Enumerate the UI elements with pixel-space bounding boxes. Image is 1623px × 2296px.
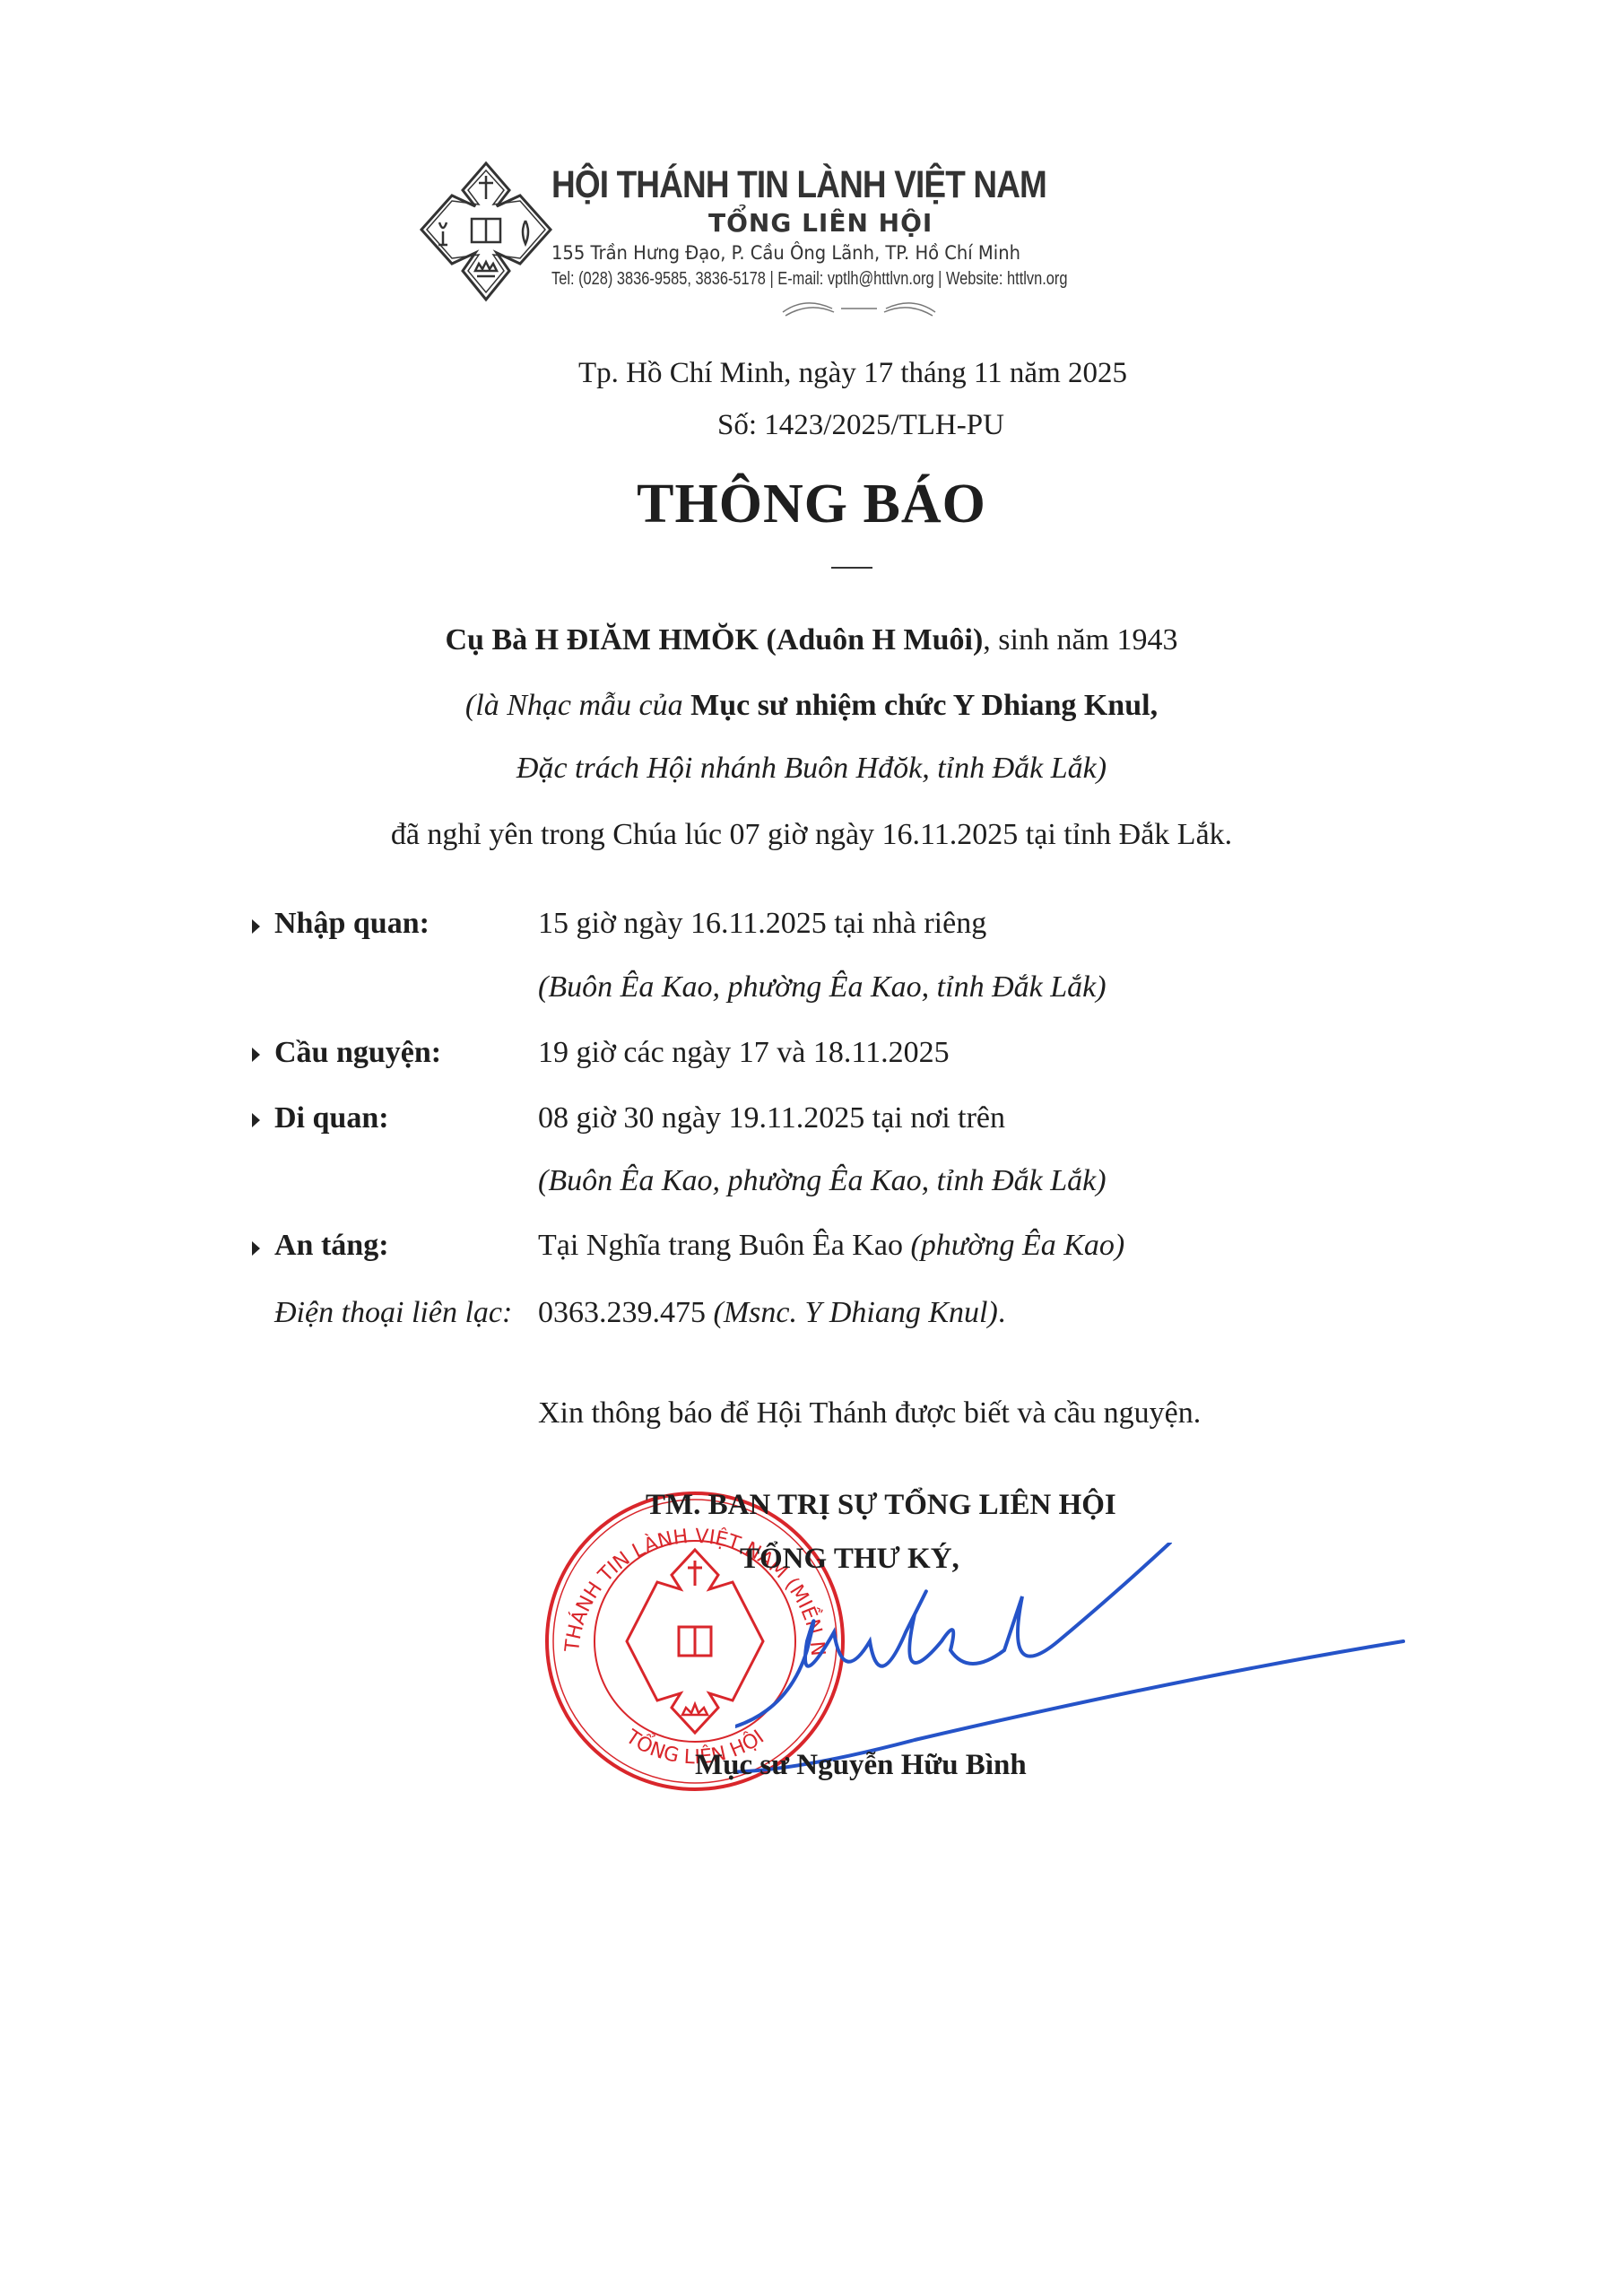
- contact-value: 0363.239.475 (Msnc. Y Dhiang Knul).: [538, 1296, 1005, 1330]
- schedule-label: An táng:: [274, 1229, 389, 1263]
- schedule-label: Cầu nguyện:: [274, 1036, 441, 1070]
- schedule-note: (Buôn Êa Kao, phường Êa Kao, tỉnh Đắk Lắ…: [538, 1164, 1107, 1198]
- title-divider: [831, 567, 872, 569]
- schedule-value: 08 giờ 30 ngày 19.11.2025 tại nơi trên: [538, 1101, 1005, 1135]
- passing-line: đã nghỉ yên trong Chúa lúc 07 giờ ngày 1…: [0, 818, 1623, 852]
- relation-line: (là Nhạc mẫu của Mục sư nhiệm chức Y Dhi…: [0, 689, 1623, 723]
- schedule-note: (Buôn Êa Kao, phường Êa Kao, tỉnh Đắk Lắ…: [538, 970, 1107, 1004]
- contact-label: Điện thoại liên lạc:: [274, 1296, 512, 1330]
- schedule-value: 19 giờ các ngày 17 và 18.11.2025: [538, 1036, 950, 1070]
- bullet-icon: [252, 919, 260, 934]
- schedule-label: Nhập quan:: [274, 907, 430, 941]
- signer-name: Mục sư Nguyễn Hữu Bình: [695, 1749, 1027, 1782]
- organization-contact: Tel: (028) 3836-9585, 3836-5178 | E-mail…: [551, 269, 1067, 290]
- contact-person: (Msnc. Y Dhiang Knul): [714, 1296, 998, 1329]
- relation-line-2: Đặc trách Hội nhánh Buôn Hđŏk, tỉnh Đắk …: [0, 752, 1623, 786]
- schedule-label-text: An táng:: [274, 1229, 389, 1262]
- organization-name: HỘI THÁNH TIN LÀNH VIỆT NAM: [551, 163, 1046, 207]
- ornament-divider-icon: [778, 296, 940, 319]
- organization-subtitle: TỔNG LIÊN HỘI: [708, 208, 933, 238]
- birth-year: , sinh năm 1943: [983, 623, 1177, 657]
- deceased-line: Cụ Bà H ĐIĂM HMŎK (Aduôn H Muôi), sinh n…: [0, 623, 1623, 657]
- relation-pastor: Mục sư nhiệm chức Y Dhiang Knul,: [690, 689, 1158, 722]
- contact-end: .: [998, 1296, 1006, 1329]
- contact-phone: 0363.239.475: [538, 1296, 714, 1329]
- reference-number: Số: 1423/2025/TLH-PU: [717, 409, 1004, 442]
- bullet-icon: [252, 1241, 260, 1256]
- organization-address: 155 Trần Hưng Đạo, P. Cầu Ông Lãnh, TP. …: [551, 242, 1020, 264]
- closing-text: Xin thông báo để Hội Thánh được biết và …: [538, 1396, 1201, 1431]
- schedule-value: 15 giờ ngày 16.11.2025 tại nhà riêng: [538, 907, 986, 941]
- schedule-value-text: Tại Nghĩa trang Buôn Êa Kao: [538, 1229, 910, 1262]
- schedule-label: Di quan:: [274, 1101, 389, 1135]
- relation-prefix: (là Nhạc mẫu của: [465, 689, 690, 722]
- bullet-icon: [252, 1113, 260, 1127]
- relation-church: Đặc trách Hội nhánh Buôn Hđŏk, tỉnh Đắk …: [516, 752, 1107, 785]
- bullet-icon: [252, 1048, 260, 1062]
- church-emblem-logo: [414, 160, 558, 303]
- signature-org: TM. BAN TRỊ SỰ TỔNG LIÊN HỘI: [646, 1489, 1116, 1522]
- schedule-value-italic: (phường Êa Kao): [910, 1229, 1124, 1262]
- deceased-name: Cụ Bà H ĐIĂM HMŎK (Aduôn H Muôi): [446, 623, 984, 657]
- handwritten-signature-icon: [735, 1543, 1426, 1776]
- dateline: Tp. Hồ Chí Minh, ngày 17 tháng 11 năm 20…: [578, 357, 1127, 390]
- schedule-value: Tại Nghĩa trang Buôn Êa Kao (phường Êa K…: [538, 1229, 1124, 1263]
- page-title: THÔNG BÁO: [0, 473, 1623, 536]
